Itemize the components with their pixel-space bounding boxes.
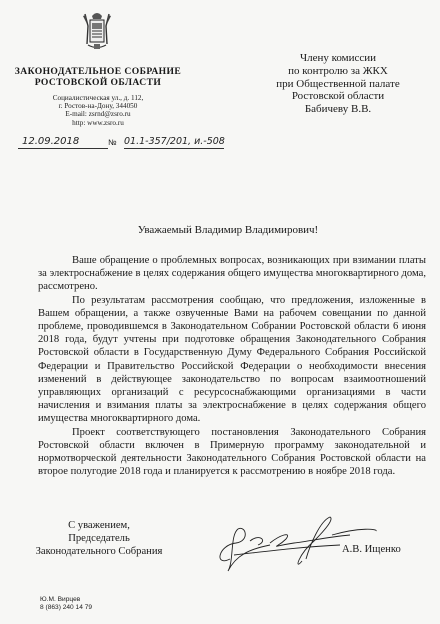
organization-name: ЗАКОНОДАТЕЛЬНОЕ СОБРАНИЕ РОСТОВСКОЙ ОБЛА… bbox=[12, 66, 184, 88]
registration-number: 01.1-357/201, и.-508 bbox=[124, 137, 224, 149]
addressee-line: Ростовской области bbox=[268, 90, 408, 103]
executor-phone: 8 (863) 240 14 79 bbox=[40, 604, 92, 612]
signer-organization: Законодательного Собрания bbox=[34, 545, 164, 558]
addressee-block: Члену комиссии по контролю за ЖКХ при Об… bbox=[268, 52, 408, 116]
closing-regards: С уважением, bbox=[34, 519, 164, 532]
address-street: Социалистическая ул., д. 112, bbox=[12, 94, 184, 102]
body-paragraph: Ваше обращение о проблемных вопросах, во… bbox=[38, 254, 426, 294]
registration-line: 12.09.2018 № 01.1-357/201, и.-508 bbox=[12, 137, 222, 151]
org-name-line: РОСТОВСКОЙ ОБЛАСТИ bbox=[12, 77, 184, 88]
organization-contacts: Социалистическая ул., д. 112, г. Ростов-… bbox=[12, 94, 184, 127]
executor-name: Ю.М. Вирцев bbox=[40, 596, 92, 604]
website: http: www.zsro.ru bbox=[12, 119, 184, 127]
addressee-line: по контролю за ЖКХ bbox=[268, 65, 408, 78]
letter-body: Ваше обращение о проблемных вопросах, во… bbox=[38, 254, 426, 478]
executor-block: Ю.М. Вирцев 8 (863) 240 14 79 bbox=[40, 596, 92, 612]
rostov-oblast-coat-of-arms-icon bbox=[82, 10, 112, 52]
addressee-line: при Общественной палате bbox=[268, 78, 408, 91]
address-city: г. Ростов-на-Дону, 344050 bbox=[12, 102, 184, 110]
closing-block: С уважением, Председатель Законодательно… bbox=[34, 519, 164, 558]
signer-name: А.В. Ищенко bbox=[342, 544, 401, 555]
registration-number-label: № bbox=[108, 138, 117, 147]
addressee-name: Бабичеву В.В. bbox=[268, 103, 408, 116]
letter-page: ЗАКОНОДАТЕЛЬНОЕ СОБРАНИЕ РОСТОВСКОЙ ОБЛА… bbox=[0, 0, 440, 624]
email: E-mail: zsrnd@zsro.ru bbox=[12, 110, 184, 118]
body-paragraph: Проект соответствующего постановления За… bbox=[38, 426, 426, 479]
body-paragraph: По результатам рассмотрения сообщаю, что… bbox=[38, 294, 426, 426]
registration-date: 12.09.2018 bbox=[18, 137, 108, 149]
signer-title: Председатель bbox=[34, 532, 164, 545]
salutation: Уважаемый Владимир Владимирович! bbox=[0, 224, 440, 236]
org-name-line: ЗАКОНОДАТЕЛЬНОЕ СОБРАНИЕ bbox=[12, 66, 184, 77]
addressee-line: Члену комиссии bbox=[268, 52, 408, 65]
